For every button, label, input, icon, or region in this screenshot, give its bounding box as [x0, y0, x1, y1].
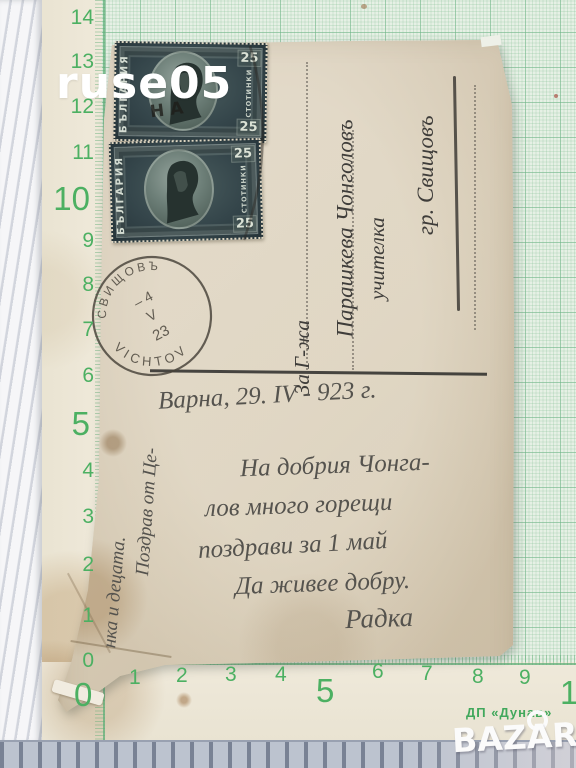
mat-scale-number: 5 [316, 672, 334, 710]
svg-text:СВИЩОВЪ: СВИЩОВЪ [82, 253, 174, 323]
message-signature: Радка [344, 602, 413, 635]
mat-scale-number: 4 [275, 663, 287, 687]
mat-scale-number: 0 [50, 649, 94, 673]
mat-scale-number: 4 [50, 459, 94, 483]
mat-scale-number: 2 [176, 664, 188, 688]
stamp-country-label: БЪЛГАРИЯ [114, 150, 127, 235]
mat-scale-number: 7 [421, 662, 433, 686]
mat-scale-number: 1 [129, 666, 141, 690]
mat-scale-number: 10 [46, 180, 90, 218]
seller-watermark: ruse05 [56, 58, 232, 109]
mat-scale-number: 11 [50, 141, 94, 165]
mat-scale-number: 1 [560, 674, 576, 712]
mat-scale-number: 1 [50, 604, 94, 628]
address-line-2: Парашкева Чонголовъ [333, 43, 359, 338]
mat-scale-number: 9 [519, 666, 531, 690]
svg-text:V: V [144, 306, 160, 325]
address-dotted-line [474, 85, 476, 330]
address-line-4: гр. Свищовъ [413, 65, 439, 235]
bazar-logo: BAZAR [451, 715, 576, 761]
mat-scale-number: 6 [372, 660, 384, 684]
mat-scale-number: 2 [50, 553, 94, 577]
mat-scale-number: 14 [50, 6, 94, 30]
mat-scale-number: 3 [50, 505, 94, 529]
address-line-1: За Г-жа [290, 280, 315, 395]
portrait-silhouette [145, 150, 213, 228]
postmark-arc [236, 38, 284, 248]
mat-scale-number: 3 [225, 663, 237, 687]
mat-scale-number: 9 [50, 229, 94, 253]
mat-scale-number: 6 [50, 364, 94, 388]
svg-text:23: 23 [150, 322, 173, 345]
mat-scale-number: 5 [46, 405, 90, 443]
address-line-3: учителка [365, 165, 390, 300]
mat-scale-number: 8 [472, 665, 484, 689]
mat-scale-number: 7 [50, 318, 94, 342]
mat-scale-number: 8 [50, 273, 94, 297]
mat-scale-number: 0 [74, 676, 92, 714]
